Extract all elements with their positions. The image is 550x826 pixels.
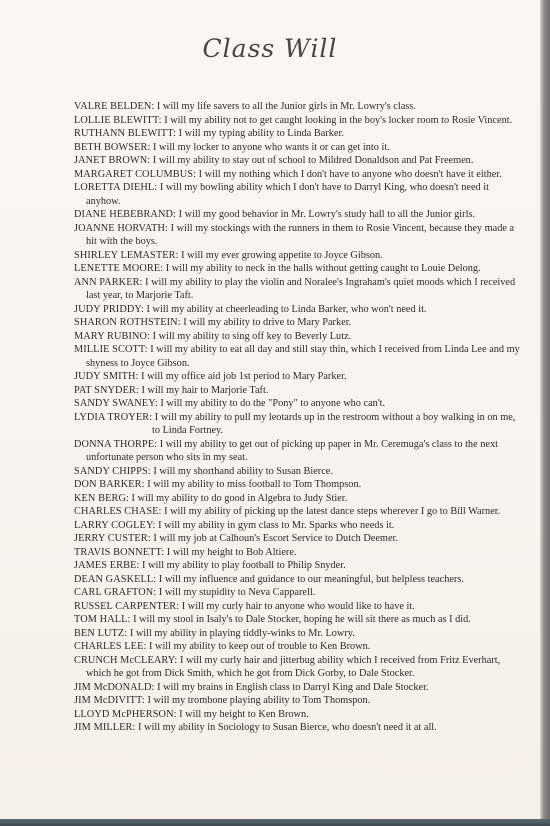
will-text: I will my good behavior in Mr. Lowry's s… [179,209,475,220]
will-entry: SANDY CHIPPS: I will my shorthand abilit… [74,465,524,479]
will-entry: CHARLES LEE: I will my ability to keep o… [74,640,524,654]
student-name: BEN LUTZ: [74,628,127,639]
will-entry: JOANNE HORVATH: I will my stockings with… [74,222,524,249]
will-text: I will my nothing which I don't have to … [199,169,502,180]
student-name: JUDY PRIDDY: [74,304,144,315]
student-name: MARGARET COLUMBUS: [74,169,196,180]
student-name: RUSSEL CARPENTER: [74,601,179,612]
will-entry: LORETTA DIEHL: I will my bowling ability… [74,181,524,208]
will-text: I will my ability in playing tiddly-wink… [130,628,355,639]
student-name: SHIRLEY LEMASTER: [74,250,179,261]
will-entry: PAT SNYDER: I will my hair to Marjorie T… [74,384,524,398]
will-text: I will my stool in Isaly's to Dale Stock… [133,614,471,625]
will-text: I will my ability to eat all day and sti… [86,344,520,369]
student-name: LYDIA TROYER: [74,412,152,423]
student-name: JAMES ERBE: [74,560,139,571]
will-text: I will my ability to stay out of school … [153,155,474,166]
will-text: I will my brains in English class to Dar… [157,682,428,693]
will-entry: LARRY COGLEY: I will my ability in gym c… [74,519,524,533]
page-title: Class Will [0,34,540,63]
student-name: DEAN GASKELL: [74,574,156,585]
student-name: SHARON ROTHSTEIN: [74,317,181,328]
student-name: BETH BOWSER: [74,142,150,153]
will-entry: JAMES ERBE: I will my ability to play fo… [74,559,524,573]
student-name: MARY RUBINO: [74,331,150,342]
will-text: I will my ability to keep out of trouble… [149,641,370,652]
will-text: I will my shorthand ability to Susan Bie… [153,466,333,477]
student-name: JERRY CUSTER: [74,533,151,544]
will-entry: TRAVIS BONNETT: I will my height to Bob … [74,546,524,560]
will-entry: ANN PARKER: I will my ability to play th… [74,276,524,303]
student-name: MILLIE SCOTT: [74,344,148,355]
student-name: VALRE BELDEN: [74,101,154,112]
will-text: I will my curly hair to anyone who would… [182,601,415,612]
will-entry: LYDIA TROYER: I will my ability to pull … [74,411,524,438]
will-entry: MARGARET COLUMBUS: I will my nothing whi… [74,168,524,182]
will-entry: DON BARKER: I will my ability to miss fo… [74,478,524,492]
will-text: I will my ability at cheerleading to Lin… [147,304,427,315]
will-entry: KEN BERG: I will my ability to do good i… [74,492,524,506]
student-name: DONNA THORPE: [74,439,157,450]
yearbook-page: Class Will VALRE BELDEN: I will my life … [0,0,540,819]
will-text: I will my influence and guidance to our … [159,574,464,585]
will-entry: LLOYD McPHERSON: I will my height to Ken… [74,708,524,722]
student-name: DIANE HEBEBRAND: [74,209,176,220]
student-name: RUTHANN BLEWITT: [74,128,176,139]
will-text: I will my locker to anyone who wants it … [153,142,390,153]
will-entry: JIM McDONALD: I will my brains in Englis… [74,681,524,695]
student-name: JIM MILLER: [74,722,135,733]
will-text: I will my ability to sing off key to Bev… [153,331,352,342]
will-entry: JANET BROWN: I will my ability to stay o… [74,154,524,168]
will-text: I will my ability to play football to Ph… [142,560,346,571]
student-name: TRAVIS BONNETT: [74,547,164,558]
will-entry: DEAN GASKELL: I will my influence and gu… [74,573,524,587]
will-entry: BETH BOWSER: I will my locker to anyone … [74,141,524,155]
page-bottom-edge [0,819,550,826]
student-name: JIM McDIVITT: [74,695,145,706]
will-entry: VALRE BELDEN: I will my life savers to a… [74,100,524,114]
will-entry: BEN LUTZ: I will my ability in playing t… [74,627,524,641]
will-entry: CARL GRAFTON: I will my stupidity to Nev… [74,586,524,600]
will-text: I will my job at Calhoun's Escort Servic… [153,533,398,544]
page-binding-edge [540,0,550,826]
will-entry: RUTHANN BLEWITT: I will my typing abilit… [74,127,524,141]
student-name: LENETTE MOORE: [74,263,163,274]
will-entry: SANDY SWANEY: I will my ability to do th… [74,397,524,411]
will-entry: JUDY SMITH: I will my office aid job 1st… [74,370,524,384]
student-name: CHARLES LEE: [74,641,146,652]
will-text: I will my hair to Marjorie Taft. [142,385,269,396]
will-entry: CRUNCH McCLEARY: I will my curly hair an… [74,654,524,681]
will-text: I will my office aid job 1st period to M… [141,371,346,382]
student-name: JUDY SMITH: [74,371,139,382]
will-entry: CHARLES CHASE: I will my ability of pick… [74,505,524,519]
student-name: SANDY SWANEY: [74,398,158,409]
student-name: CRUNCH McCLEARY: [74,655,177,666]
student-name: JIM McDONALD: [74,682,155,693]
student-name: JANET BROWN: [74,155,150,166]
will-text: I will my ability to pull my leotards up… [152,412,515,437]
student-name: LARRY COGLEY: [74,520,156,531]
will-entry: LOLLIE BLEWITT: I will my ability not to… [74,114,524,128]
student-name: ANN PARKER: [74,277,143,288]
will-text: I will my ability in Sociology to Susan … [138,722,437,733]
will-entry: JUDY PRIDDY: I will my ability at cheerl… [74,303,524,317]
student-name: LOLLIE BLEWITT: [74,115,162,126]
will-text: I will my height to Bob Altiere. [167,547,297,558]
student-name: CHARLES CHASE: [74,506,162,517]
will-entry: TOM HALL: I will my stool in Isaly's to … [74,613,524,627]
will-text: I will my ability to play the violin and… [86,277,515,302]
will-entry: JERRY CUSTER: I will my job at Calhoun's… [74,532,524,546]
student-name: TOM HALL: [74,614,130,625]
student-name: KEN BERG: [74,493,129,504]
will-entry: SHARON ROTHSTEIN: I will my ability to d… [74,316,524,330]
will-entry: MARY RUBINO: I will my ability to sing o… [74,330,524,344]
student-name: CARL GRAFTON: [74,587,156,598]
will-entry: DIANE HEBEBRAND: I will my good behavior… [74,208,524,222]
will-text: I will my ability to drive to Mary Parke… [183,317,351,328]
class-will-list: VALRE BELDEN: I will my life savers to a… [74,100,524,735]
will-text: I will my ever growing appetite to Joyce… [181,250,383,261]
will-text: I will my life savers to all the Junior … [157,101,416,112]
will-text: I will my ability to do good in Algebra … [132,493,348,504]
student-name: DON BARKER: [74,479,145,490]
will-text: I will my height to Ken Brown. [179,709,309,720]
will-text: I will my ability to miss football to To… [147,479,361,490]
will-text: I will my ability to neck in the halls w… [166,263,481,274]
will-entry: SHIRLEY LEMASTER: I will my ever growing… [74,249,524,263]
will-entry: JIM MILLER: I will my ability in Sociolo… [74,721,524,735]
will-text: I will my ability of picking up the late… [164,506,500,517]
will-text: I will my ability in gym class to Mr. Sp… [158,520,394,531]
will-entry: JIM McDIVITT: I will my trombone playing… [74,694,524,708]
will-entry: LENETTE MOORE: I will my ability to neck… [74,262,524,276]
will-text: I will my typing ability to Linda Barker… [179,128,344,139]
will-entry: RUSSEL CARPENTER: I will my curly hair t… [74,600,524,614]
will-entry: DONNA THORPE: I will my ability to get o… [74,438,524,465]
student-name: SANDY CHIPPS: [74,466,151,477]
student-name: LLOYD McPHERSON: [74,709,177,720]
will-entry: MILLIE SCOTT: I will my ability to eat a… [74,343,524,370]
will-text: I will my ability not to get caught look… [164,115,512,126]
student-name: JOANNE HORVATH: [74,223,168,234]
will-text: I will my trombone playing ability to To… [147,695,370,706]
will-text: I will my stupidity to Neva Capparell. [159,587,315,598]
student-name: LORETTA DIEHL: [74,182,157,193]
student-name: PAT SNYDER: [74,385,139,396]
will-text: I will my ability to do the "Pony" to an… [160,398,385,409]
